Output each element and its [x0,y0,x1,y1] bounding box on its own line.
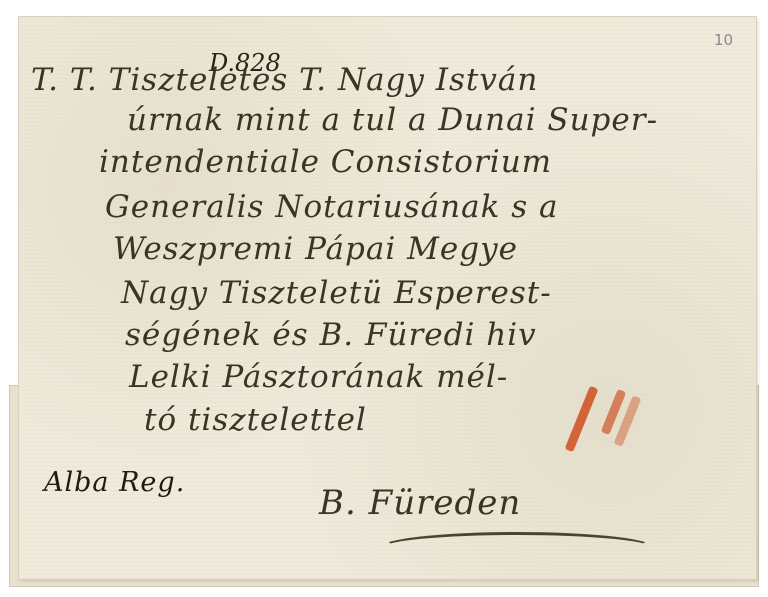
letter-sheet: D.828 10 T. T. Tiszteletes T. Nagy Istvá… [19,17,756,579]
address-line-6: Nagy Tiszteletü Esperest- [121,275,552,311]
pencil-note: 10 [714,31,733,49]
origin-note: Alba Reg. [44,467,185,498]
address-line-7: ségének és B. Füredi hiv [125,317,537,353]
address-line-8: Lelki Pásztorának mél- [129,359,508,395]
address-line-5: Weszpremi Pápai Megye [113,231,518,267]
destination-underline [379,532,655,564]
address-line-1: T. T. Tiszteletes T. Nagy István [31,62,538,98]
address-line-4: Generalis Notariusának s a [105,189,558,225]
red-rate-mark [565,386,599,452]
destination: B. Füreden [319,483,521,523]
address-line-3: intendentiale Consistorium [99,144,552,180]
address-line-2: úrnak mint a tul a Dunai Super- [127,102,658,138]
address-line-9: tó tisztelettel [144,402,367,438]
